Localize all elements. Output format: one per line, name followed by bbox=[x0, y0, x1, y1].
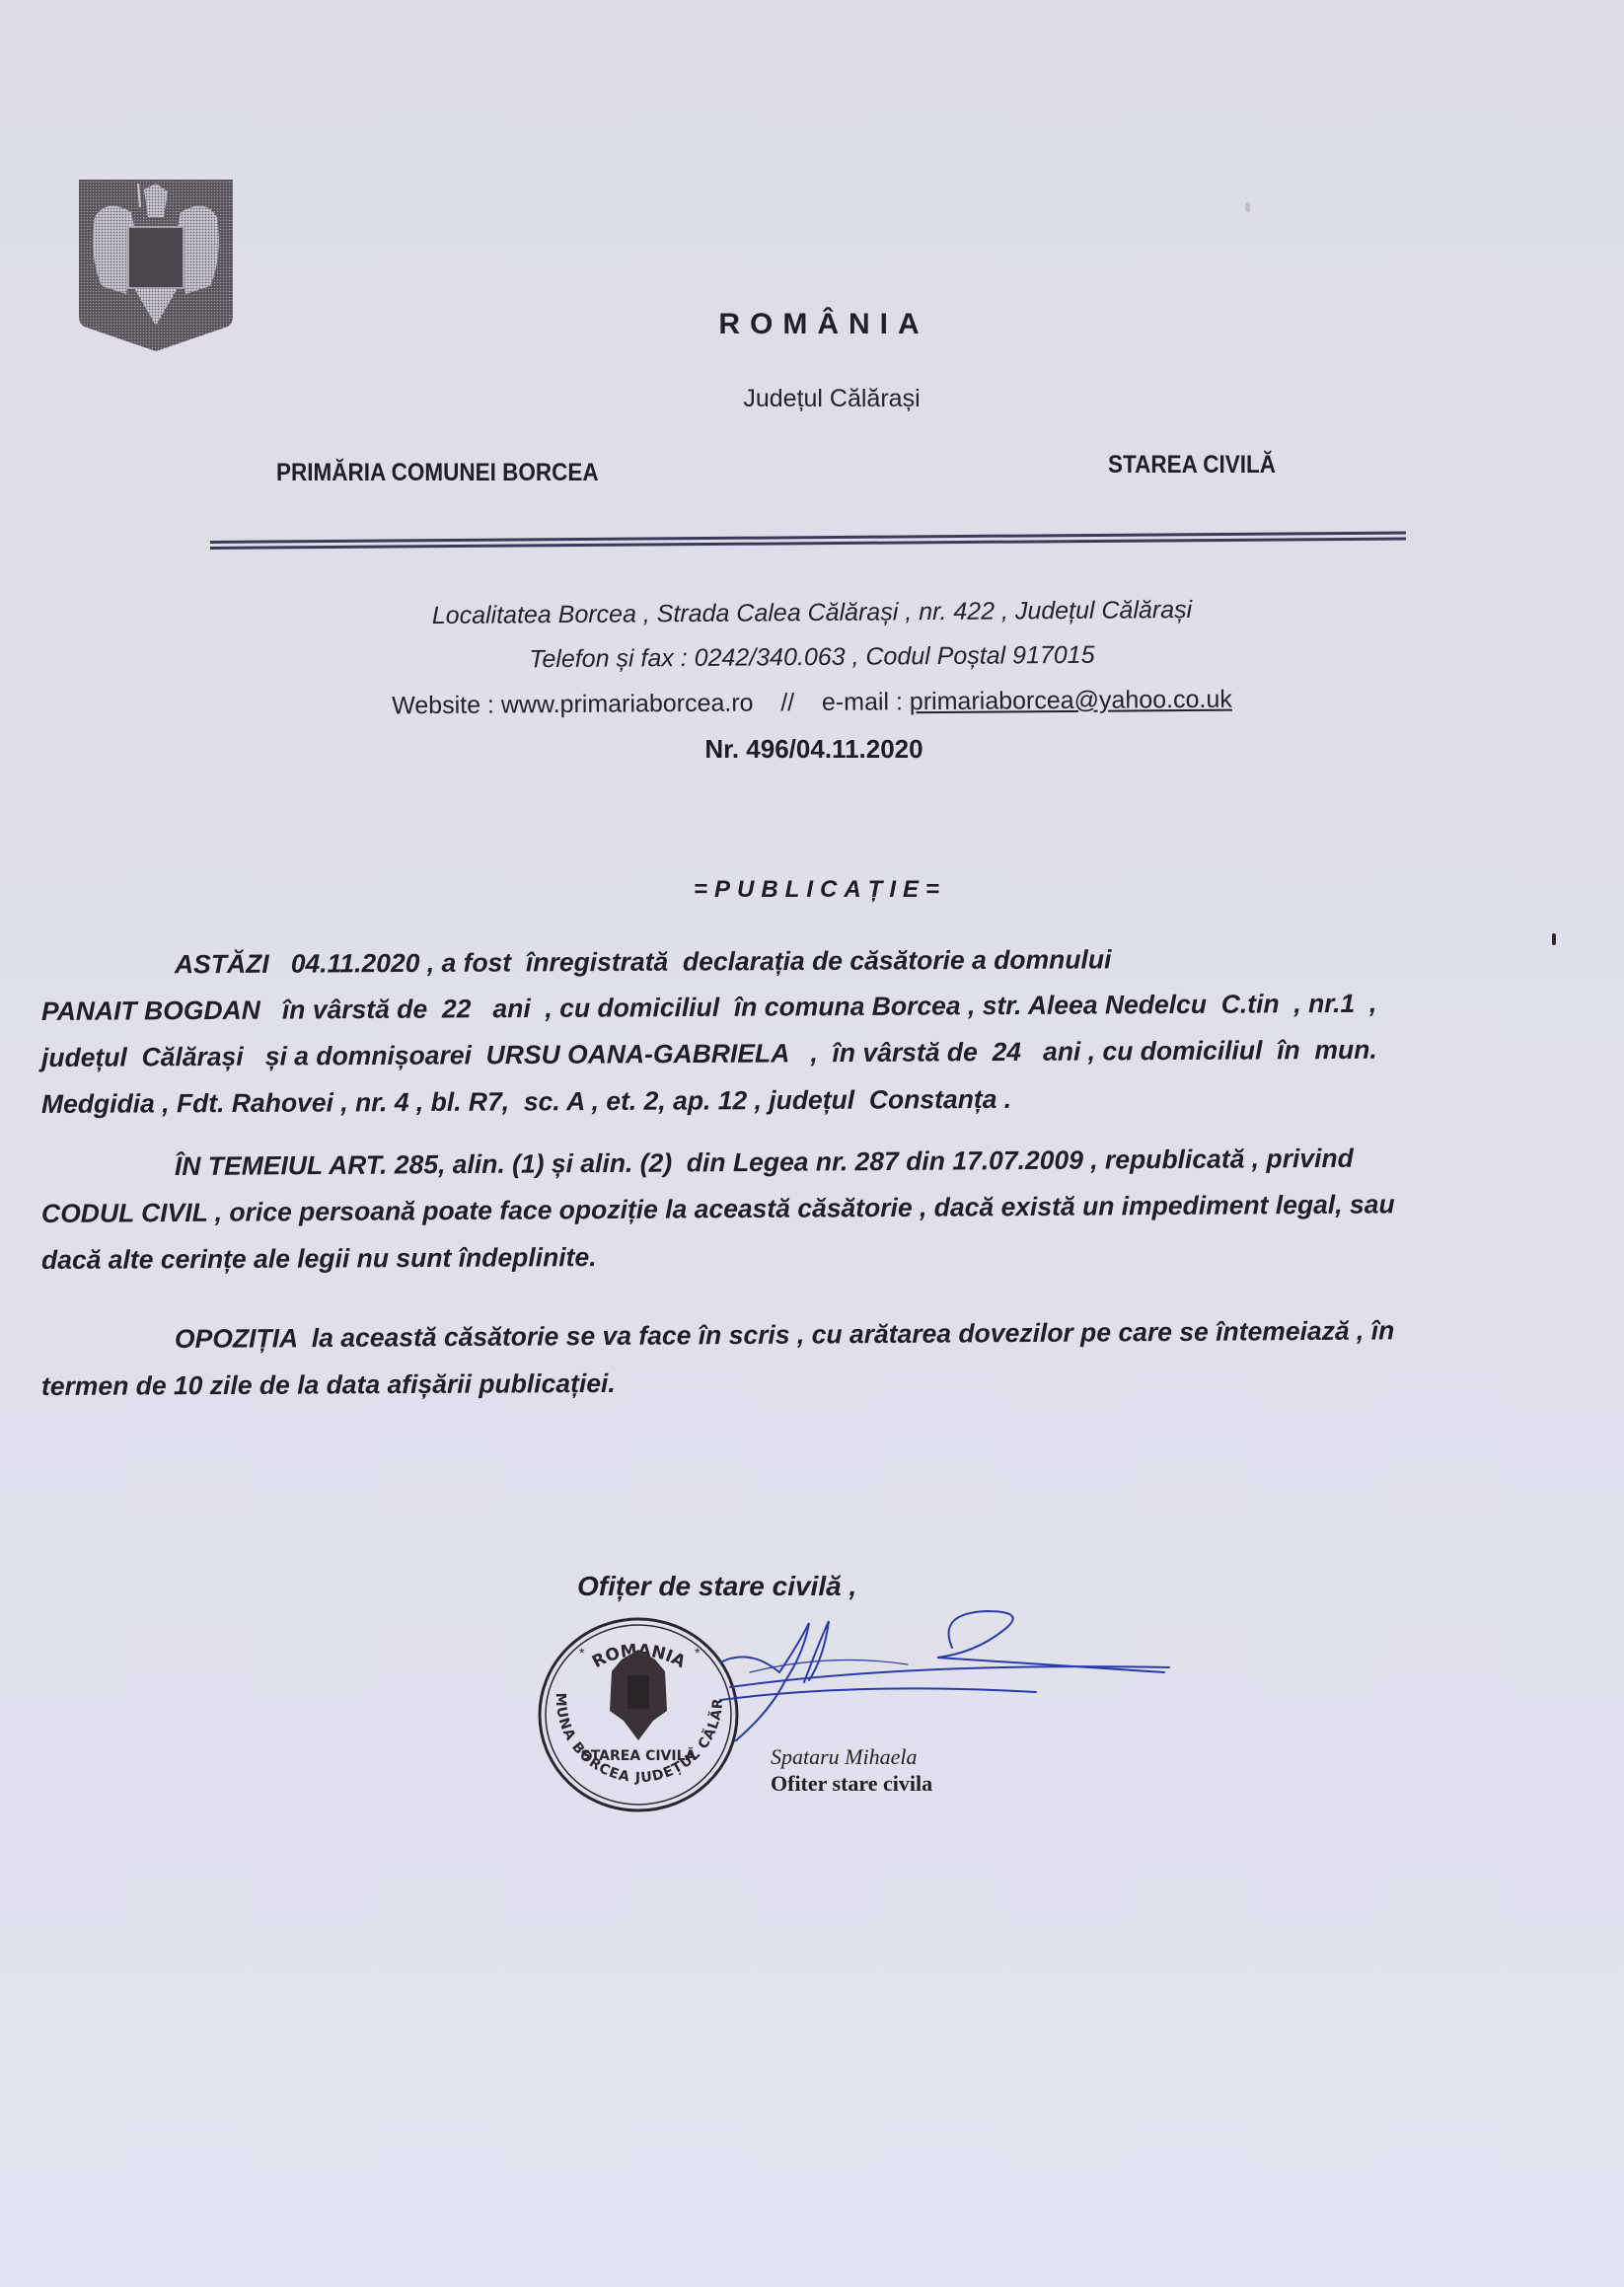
svg-text:STAREA CIVILĂ: STAREA CIVILĂ bbox=[581, 1746, 697, 1764]
svg-text:*: * bbox=[579, 1645, 585, 1660]
paragraph-line: OPOZIȚIA la această căsătorie se va face… bbox=[41, 1307, 1502, 1364]
officer-name: Spataru Mihaela bbox=[771, 1744, 918, 1770]
header-divider bbox=[210, 531, 1406, 553]
paragraph-line: CODUL CIVIL , orice persoană poate face … bbox=[41, 1181, 1502, 1237]
web-email-line: Website : www.primariaborcea.ro // e-mai… bbox=[0, 683, 1624, 724]
paragraph-line: dacă alte cerințe ale legii nu sunt înde… bbox=[41, 1229, 1502, 1284]
officer-title: Ofiter stare civila bbox=[771, 1771, 932, 1797]
paragraph-legal-basis: ÎN TEMEIUL ART. 285, alin. (1) și alin. … bbox=[41, 1144, 1502, 1284]
phone-line: Telefon și fax : 0242/340.063 , Codul Po… bbox=[0, 637, 1624, 679]
department-heading: STAREA CIVILĂ bbox=[1108, 451, 1276, 480]
paper-speck bbox=[1552, 933, 1556, 945]
institution-heading: PRIMĂRIA COMUNEI BORCEA bbox=[276, 459, 599, 487]
paragraph-line: județul Călărași și a domnișoarei URSU O… bbox=[41, 1026, 1502, 1081]
paragraph-line: termen de 10 zile de la data afișării pu… bbox=[41, 1356, 1502, 1410]
address-line: Localitatea Borcea , Strada Calea Călăra… bbox=[0, 593, 1624, 634]
publication-title: =PUBLICAȚIE= bbox=[0, 876, 1624, 904]
paragraph-opposition: OPOZIȚIA la această căsătorie se va face… bbox=[41, 1317, 1502, 1410]
paper-speck bbox=[1245, 202, 1250, 212]
email-link[interactable]: primariaborcea@yahoo.co.uk bbox=[910, 686, 1232, 716]
handwritten-signature bbox=[710, 1603, 1204, 1741]
svg-text:*: * bbox=[695, 1645, 701, 1660]
county-heading: Județul Călărași bbox=[0, 385, 1624, 413]
signature-label: Ofițer de stare civilă , bbox=[577, 1571, 856, 1602]
country-heading: ROMÂNIA bbox=[0, 308, 1624, 341]
paragraph-line: Medgidia , Fdt. Rahovei , nr. 4 , bl. R7… bbox=[41, 1073, 1502, 1128]
paragraph-declaration: ASTĂZI 04.11.2020 , a fost înregistrată … bbox=[41, 942, 1502, 1128]
registration-number: Nr. 496/04.11.2020 bbox=[0, 734, 1624, 765]
website-text: Website : www.primariaborcea.ro // e-mai… bbox=[392, 688, 910, 719]
